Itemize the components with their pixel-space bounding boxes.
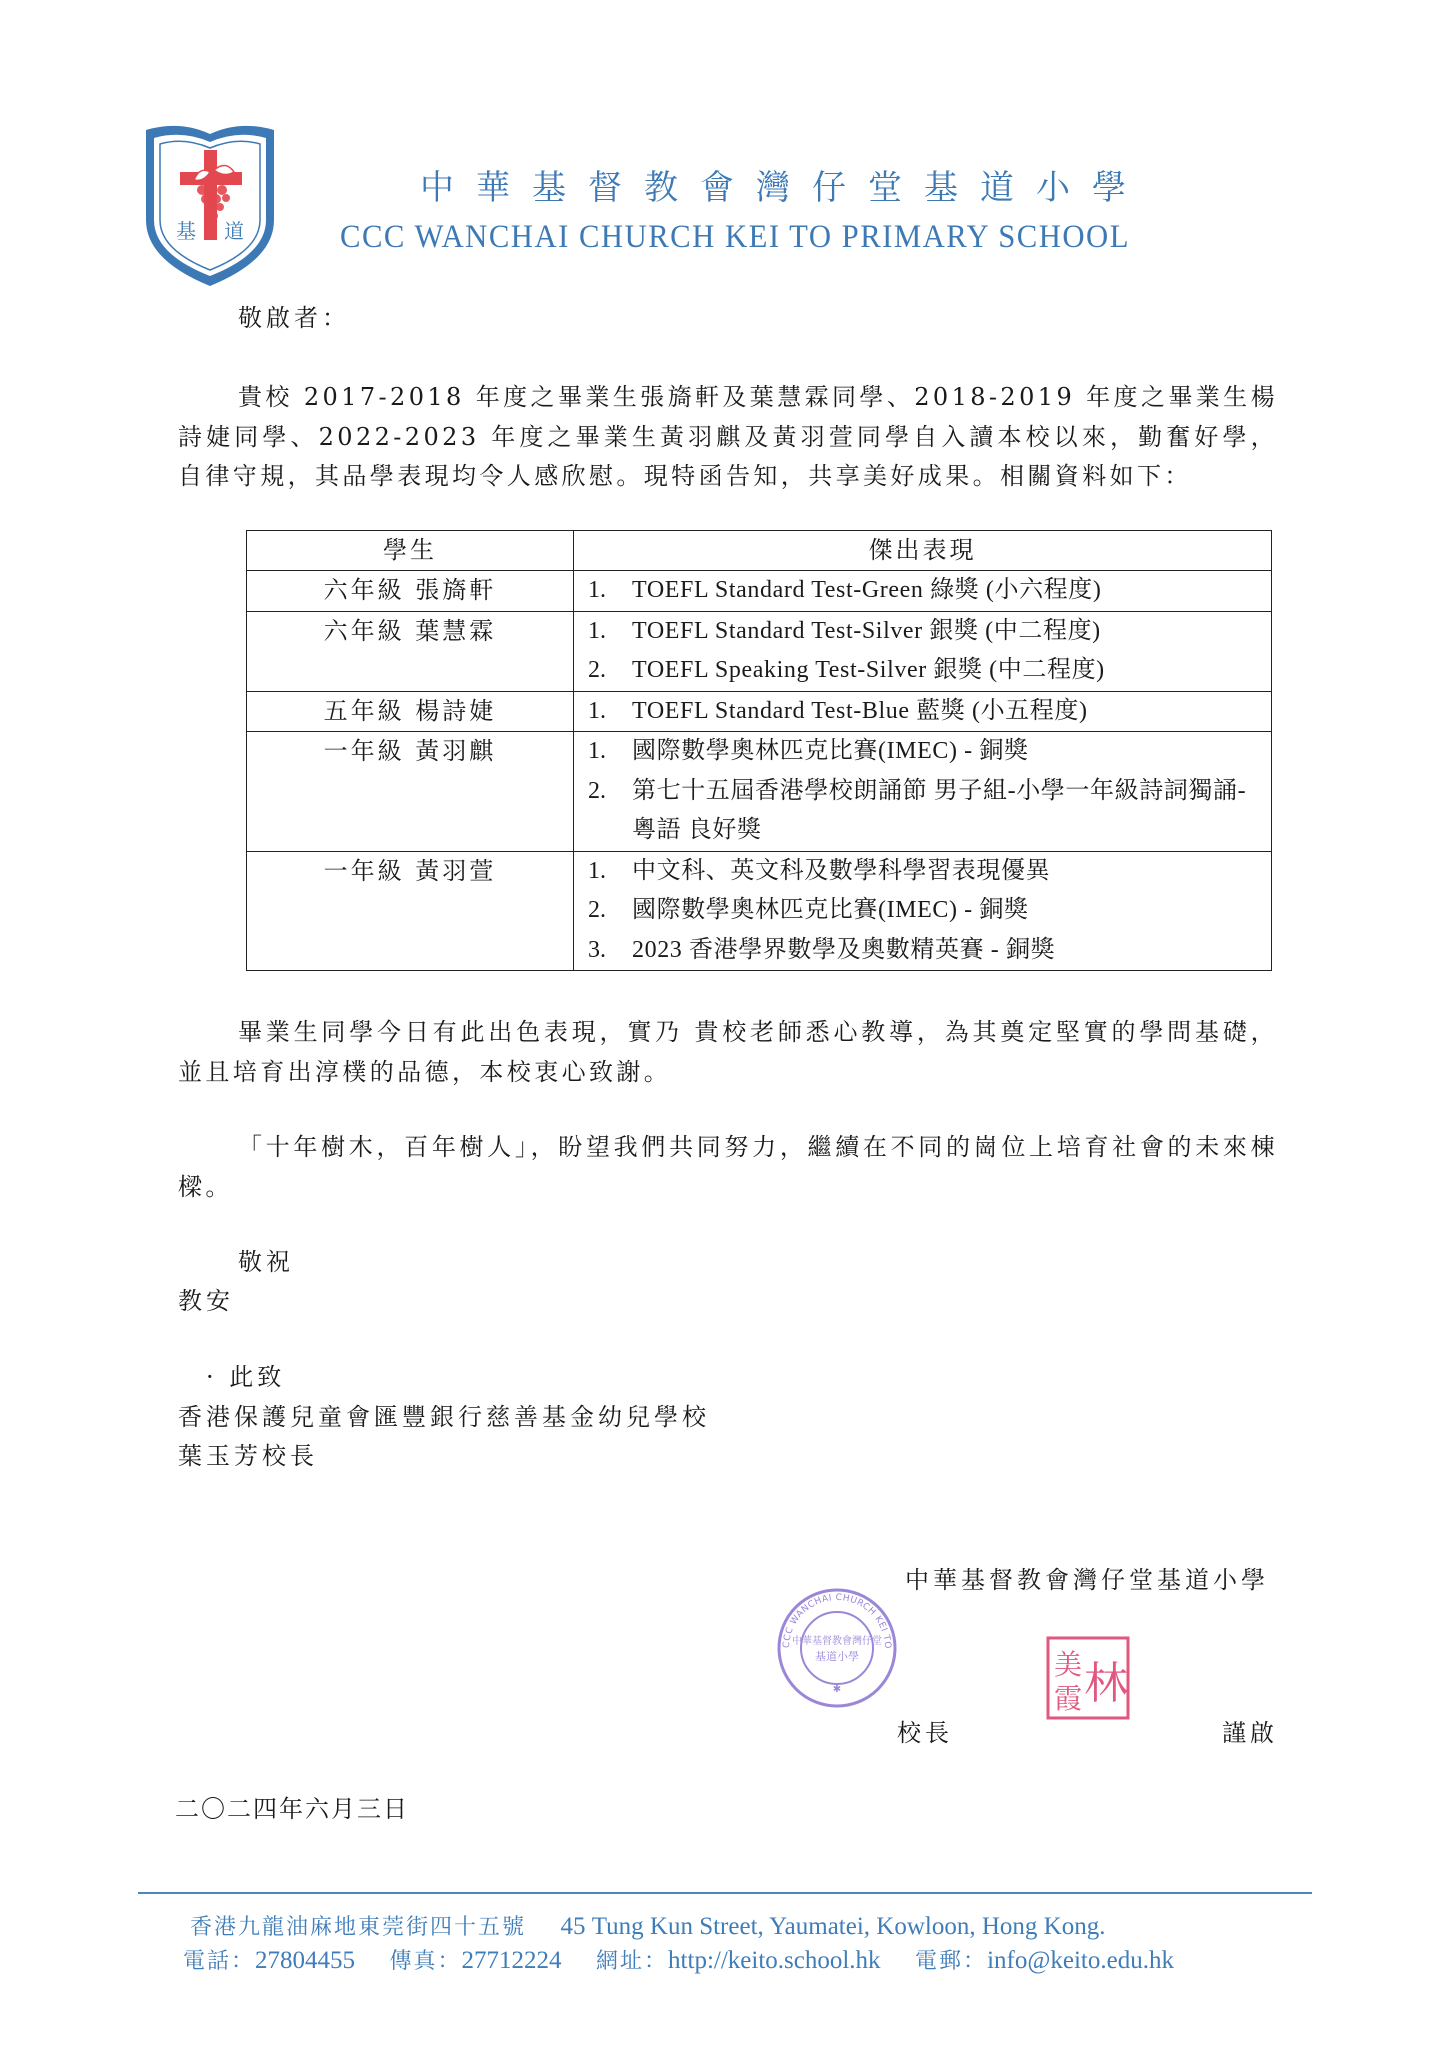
student-name: 五年級 楊詩婕 xyxy=(247,691,574,732)
achievements-table: 學生 傑出表現 六年級 張旖軒 1.TOEFL Standard Test-Gr… xyxy=(246,530,1272,971)
school-name-english: CCC WANCHAI CHURCH KEI TO PRIMARY SCHOOL xyxy=(340,219,1130,256)
greeting-2: 教安 xyxy=(178,1282,234,1321)
table-row: 一年級 黃羽麒 1.國際數學奧林匹克比賽(IMEC) - 銅獎 2.第七十五屆香… xyxy=(247,732,1272,852)
achievement-item: 2.第七十五屆香港學校朗誦節 男子組-小學一年級詩詞獨誦-粵語 良好獎 xyxy=(574,772,1271,851)
svg-text:美: 美 xyxy=(1054,1648,1082,1681)
achievement-cell: 1.TOEFL Standard Test-Silver 銀獎 (中二程度) 2… xyxy=(574,611,1272,691)
intro-paragraph: 貴校 2017-2018 年度之畢業生張旖軒及葉慧霖同學、2018-2019 年… xyxy=(178,378,1278,497)
school-crest-icon: 基 道 xyxy=(140,120,280,288)
student-name: 一年級 黃羽麒 xyxy=(247,732,574,852)
salutation: 敬啟者： xyxy=(238,299,350,338)
table-row: 六年級 葉慧霖 1.TOEFL Standard Test-Silver 銀獎 … xyxy=(247,611,1272,691)
achievement-cell: 1.TOEFL Standard Test-Green 綠獎 (小六程度) xyxy=(574,571,1272,612)
svg-text:基道小學: 基道小學 xyxy=(815,1649,859,1663)
table-row: 五年級 楊詩婕 1.TOEFL Standard Test-Blue 藍獎 (小… xyxy=(247,691,1272,732)
achievement-cell: 1.國際數學奧林匹克比賽(IMEC) - 銅獎 2.第七十五屆香港學校朗誦節 男… xyxy=(574,732,1272,852)
thanks-paragraph: 畢業生同學今日有此出色表現，實乃 貴校老師悉心教導，為其奠定堅實的學問基礎，並且… xyxy=(178,1013,1278,1092)
header-achievement: 傑出表現 xyxy=(574,531,1272,571)
svg-text:✱: ✱ xyxy=(833,1684,841,1695)
email-link[interactable]: info@keito.edu.hk xyxy=(987,1947,1174,1974)
header-student: 學生 xyxy=(247,531,574,571)
achievement-item: 1.TOEFL Standard Test-Green 綠獎 (小六程度) xyxy=(574,571,1271,611)
svg-text:霞: 霞 xyxy=(1054,1682,1082,1715)
greeting-1: 敬祝 xyxy=(238,1243,294,1282)
achievement-item: 1.TOEFL Standard Test-Blue 藍獎 (小五程度) xyxy=(574,692,1271,732)
recipient-name: 葉玉芳校長 xyxy=(178,1437,318,1476)
student-name: 六年級 葉慧霖 xyxy=(247,611,574,691)
achievement-item: 1.國際數學奧林匹克比賽(IMEC) - 銅獎 xyxy=(574,732,1271,772)
to-label: · 此致 xyxy=(206,1358,285,1397)
table-header-row: 學生 傑出表現 xyxy=(247,531,1272,571)
footer-divider xyxy=(138,1892,1312,1894)
intro-paragraph-text: 貴校 2017-2018 年度之畢業生張旖軒及葉慧霖同學、2018-2019 年… xyxy=(178,378,1278,497)
signature-title: 校長 xyxy=(897,1714,953,1753)
letter-date: 二〇二四年六月三日 xyxy=(175,1790,409,1829)
fax-number: 27712224 xyxy=(462,1947,562,1974)
phone-number: 27804455 xyxy=(255,1947,355,1974)
achievement-cell: 1.TOEFL Standard Test-Blue 藍獎 (小五程度) xyxy=(574,691,1272,732)
svg-text:林: 林 xyxy=(1084,1658,1128,1709)
svg-text:道: 道 xyxy=(224,219,244,243)
achievement-item: 1.TOEFL Standard Test-Silver 銀獎 (中二程度) xyxy=(574,612,1271,652)
table-row: 一年級 黃羽萱 1.中文科、英文科及數學科學習表現優異 2.國際數學奧林匹克比賽… xyxy=(247,851,1272,971)
achievement-item: 2.國際數學奧林匹克比賽(IMEC) - 銅獎 xyxy=(574,891,1271,931)
recipient-org: 香港保護兒童會匯豐銀行慈善基金幼兒學校 xyxy=(178,1398,710,1437)
website-link[interactable]: http://keito.school.hk xyxy=(668,1947,881,1974)
footer-contacts: 電話：27804455 傳真：27712224 網址：http://keito.… xyxy=(183,1944,1174,1975)
table-row: 六年級 張旖軒 1.TOEFL Standard Test-Green 綠獎 (… xyxy=(247,571,1272,612)
signature-school: 中華基督教會灣仔堂基道小學 xyxy=(905,1561,1269,1600)
school-seal-icon: CCC WANCHAI CHURCH KEI TO PRIMARY SCHOOL… xyxy=(775,1586,899,1710)
achievement-cell: 1.中文科、英文科及數學科學習表現優異 2.國際數學奧林匹克比賽(IMEC) -… xyxy=(574,851,1272,971)
address-chinese: 香港九龍油麻地東莞街四十五號 xyxy=(190,1915,526,1940)
svg-text:中華基督教會灣仔堂: 中華基督教會灣仔堂 xyxy=(792,1634,882,1647)
achievement-item: 1.中文科、英文科及數學科學習表現優異 xyxy=(574,852,1271,892)
svg-text:基: 基 xyxy=(176,219,196,243)
address-english: 45 Tung Kun Street, Yaumatei, Kowloon, H… xyxy=(561,1913,1106,1940)
school-name-chinese: 中華基督教會灣仔堂基道小學 xyxy=(420,160,1148,209)
closing-paragraph: 「十年樹木，百年樹人」，盼望我們共同努力，繼續在不同的崗位上培育社會的未來棟樑。 xyxy=(178,1128,1278,1207)
footer-address: 香港九龍油麻地東莞街四十五號 45 Tung Kun Street, Yauma… xyxy=(190,1910,1105,1941)
sign-off: 謹啟 xyxy=(1222,1714,1278,1753)
principal-seal-icon: 林 美 霞 xyxy=(1046,1636,1130,1720)
student-name: 一年級 黃羽萱 xyxy=(247,851,574,971)
achievement-item: 3.2023 香港學界數學及奧數精英賽 - 銅獎 xyxy=(574,931,1271,971)
achievement-item: 2.TOEFL Speaking Test-Silver 銀獎 (中二程度) xyxy=(574,651,1271,691)
student-name: 六年級 張旖軒 xyxy=(247,571,574,612)
